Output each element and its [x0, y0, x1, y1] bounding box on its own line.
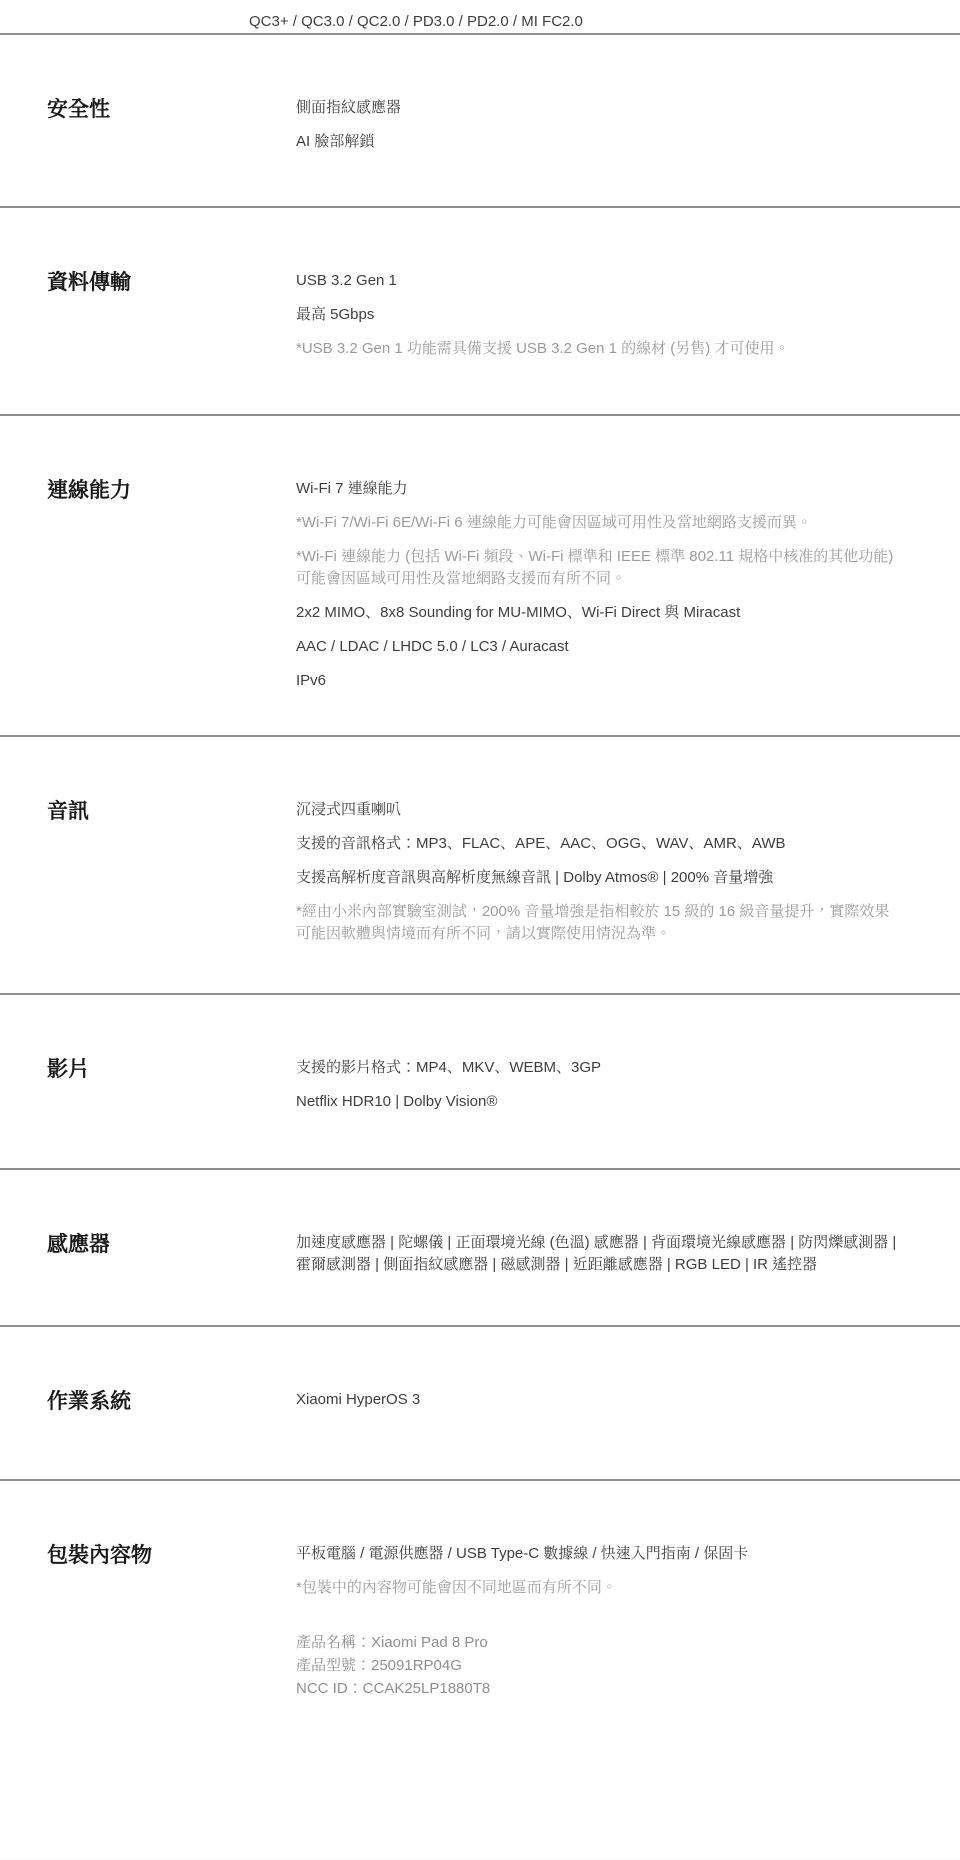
section-body-audio: 沉浸式四重喇叭 支援的音訊格式：MP3、FLAC、APE、AAC、OGG、WAV… [296, 799, 897, 957]
section-label-data-transfer: 資料傳輸 [47, 270, 296, 372]
section-body-os: Xiaomi HyperOS 3 [296, 1389, 897, 1423]
section-label-package: 包裝內容物 [47, 1543, 296, 1700]
spec-section-package: 包裝內容物 平板電腦 / 電源供應器 / USB Type-C 數據線 / 快速… [0, 1479, 960, 1859]
spec-row: AI 臉部解鎖 [296, 131, 897, 153]
section-label-sensors: 感應器 [47, 1232, 296, 1288]
charging-protocols-text: QC3+ / QC3.0 / QC2.0 / PD3.0 / PD2.0 / M… [249, 11, 960, 33]
previous-section-overflow: QC3+ / QC3.0 / QC2.0 / PD3.0 / PD2.0 / M… [0, 0, 960, 33]
spec-row: 支援的影片格式：MP4、MKV、WEBM、3GP [296, 1057, 897, 1079]
spec-section-connectivity: 連線能力 Wi-Fi 7 連線能力 *Wi-Fi 7/Wi-Fi 6E/Wi-F… [0, 414, 960, 735]
spec-page: QC3+ / QC3.0 / QC2.0 / PD3.0 / PD2.0 / M… [0, 0, 960, 1860]
product-name-line: 產品名稱：Xiaomi Pad 8 Pro [296, 1631, 897, 1654]
spec-row: IPv6 [296, 670, 897, 692]
product-model-line: 產品型號：25091RP04G [296, 1654, 897, 1677]
section-label-os: 作業系統 [47, 1389, 296, 1423]
section-body-sensors: 加速度感應器 | 陀螺儀 | 正面環境光線 (色溫) 感應器 | 背面環境光線感… [296, 1232, 897, 1288]
spec-section-sensors: 感應器 加速度感應器 | 陀螺儀 | 正面環境光線 (色溫) 感應器 | 背面環… [0, 1168, 960, 1325]
spec-section-audio: 音訊 沉浸式四重喇叭 支援的音訊格式：MP3、FLAC、APE、AAC、OGG、… [0, 735, 960, 993]
spec-row: 沉浸式四重喇叭 [296, 799, 897, 821]
spec-section-security: 安全性 側面指紋感應器 AI 臉部解鎖 [0, 33, 960, 206]
product-info-block: 產品名稱：Xiaomi Pad 8 Pro 產品型號：25091RP04G NC… [296, 1631, 897, 1700]
spec-row: 2x2 MIMO、8x8 Sounding for MU-MIMO、Wi-Fi … [296, 602, 897, 624]
section-body-security: 側面指紋感應器 AI 臉部解鎖 [296, 97, 897, 165]
spec-row: Wi-Fi 7 連線能力 [296, 478, 897, 500]
spec-row: 側面指紋感應器 [296, 97, 897, 119]
spec-row: USB 3.2 Gen 1 [296, 270, 897, 292]
spec-row: 加速度感應器 | 陀螺儀 | 正面環境光線 (色溫) 感應器 | 背面環境光線感… [296, 1232, 897, 1276]
spec-section-video: 影片 支援的影片格式：MP4、MKV、WEBM、3GP Netflix HDR1… [0, 993, 960, 1168]
spec-note: *Wi-Fi 連線能力 (包括 Wi-Fi 頻段、Wi-Fi 標準和 IEEE … [296, 546, 897, 590]
section-body-video: 支援的影片格式：MP4、MKV、WEBM、3GP Netflix HDR10 |… [296, 1057, 897, 1125]
section-label-video: 影片 [47, 1057, 296, 1125]
spec-section-os: 作業系統 Xiaomi HyperOS 3 [0, 1325, 960, 1479]
section-label-security: 安全性 [47, 97, 296, 165]
section-label-audio: 音訊 [47, 799, 296, 957]
spec-note: *USB 3.2 Gen 1 功能需具備支援 USB 3.2 Gen 1 的線材… [296, 338, 897, 360]
section-body-package: 平板電腦 / 電源供應器 / USB Type-C 數據線 / 快速入門指南 /… [296, 1543, 897, 1700]
spec-row: AAC / LDAC / LHDC 5.0 / LC3 / Auracast [296, 636, 897, 658]
spec-row: 最高 5Gbps [296, 304, 897, 326]
spec-section-data-transfer: 資料傳輸 USB 3.2 Gen 1 最高 5Gbps *USB 3.2 Gen… [0, 206, 960, 414]
spec-row: 平板電腦 / 電源供應器 / USB Type-C 數據線 / 快速入門指南 /… [296, 1543, 897, 1565]
ncc-id-line: NCC ID：CCAK25LP1880T8 [296, 1677, 897, 1700]
section-body-data-transfer: USB 3.2 Gen 1 最高 5Gbps *USB 3.2 Gen 1 功能… [296, 270, 897, 372]
spec-note: *經由小米內部實驗室測試，200% 音量增強是指相較於 15 級的 16 級音量… [296, 901, 897, 945]
spec-note: *Wi-Fi 7/Wi-Fi 6E/Wi-Fi 6 連線能力可能會因區域可用性及… [296, 512, 897, 534]
spec-row: Xiaomi HyperOS 3 [296, 1389, 897, 1411]
spec-row: 支援高解析度音訊與高解析度無線音訊 | Dolby Atmos® | 200% … [296, 867, 897, 889]
spec-note: *包裝中的內容物可能會因不同地區而有所不同。 [296, 1577, 897, 1599]
spec-row: 支援的音訊格式：MP3、FLAC、APE、AAC、OGG、WAV、AMR、AWB [296, 833, 897, 855]
section-body-connectivity: Wi-Fi 7 連線能力 *Wi-Fi 7/Wi-Fi 6E/Wi-Fi 6 連… [296, 478, 897, 704]
section-label-connectivity: 連線能力 [47, 478, 296, 704]
spec-row: Netflix HDR10 | Dolby Vision® [296, 1091, 897, 1113]
